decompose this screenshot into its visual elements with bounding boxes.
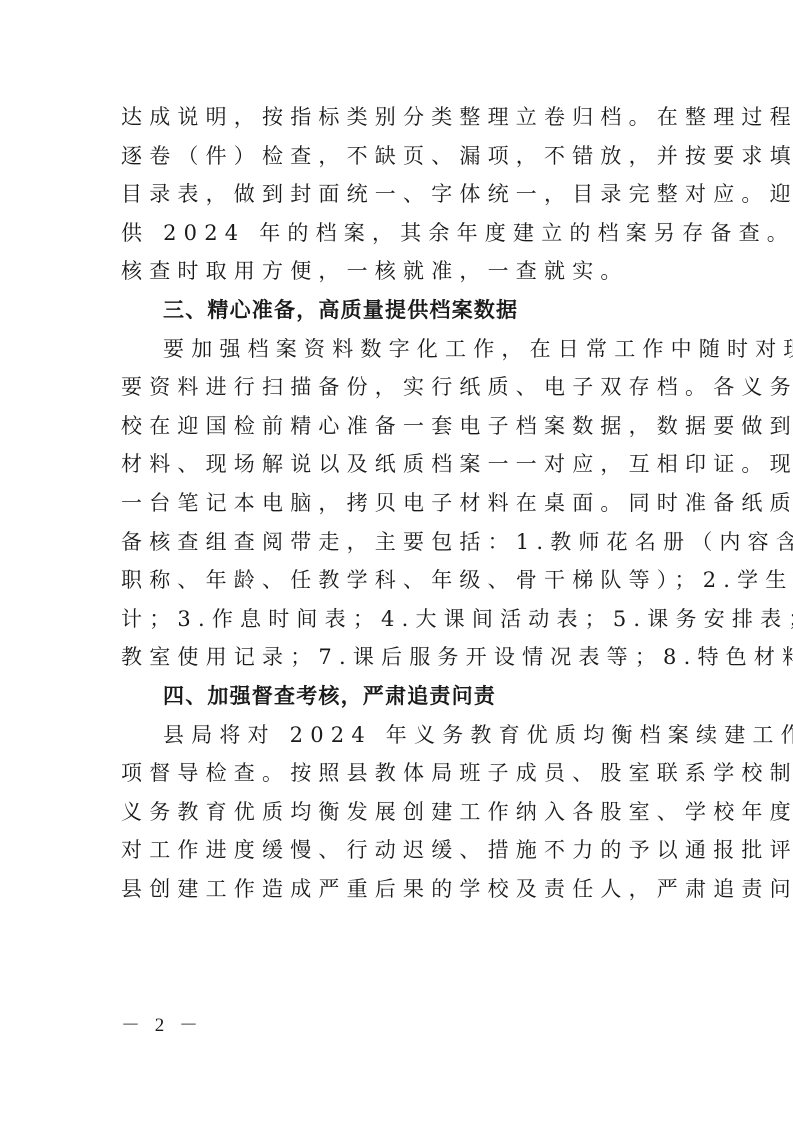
text-line: 职称、年龄、任教学科、年级、骨干梯队等）；2.学生人数统 (121, 561, 691, 600)
text-line: 供 2024 年的档案，其余年度建立的档案另存备查。确保实地 (121, 214, 691, 253)
text-line: 教室使用记录；7.课后服务开设情况表等；8.特色材料等。 (121, 638, 691, 677)
text-line: 项督导检查。按照县教体局班子成员、股室联系学校制度，将 (121, 754, 691, 793)
text-line: 备核查组查阅带走，主要包括：1.教师花名册（内容含学历、 (121, 523, 691, 562)
text-line: 义务教育优质均衡发展创建工作纳入各股室、学校年度考核， (121, 793, 691, 832)
text-line: 核查时取用方便，一核就准，一查就实。 (121, 252, 691, 291)
text-line: 目录表，做到封面统一、字体统一，目录完整对应。迎检时提 (121, 175, 691, 214)
page-number: － 2 － (121, 1010, 203, 1037)
section-heading-4: 四、加强督查考核，严肃追责问责 (121, 677, 691, 716)
text-line: 校在迎国检前精心准备一套电子档案数据，数据要做到与汇报 (121, 407, 691, 446)
section-heading-3: 三、精心准备，高质量提供档案数据 (121, 291, 691, 330)
document-page: 达成说明，按指标类别分类整理立卷归档。在整理过程中，要 逐卷（件）检查，不缺页、… (121, 98, 691, 908)
text-line: 一台笔记本电脑，拷贝电子材料在桌面。同时准备纸质材料以 (121, 484, 691, 523)
text-line: 计；3.作息时间表；4.大课间活动表；5.课务安排表；6.专用 (121, 600, 691, 639)
paragraph-start: 县局将对 2024 年义务教育优质均衡档案续建工作开展专 (121, 716, 691, 755)
paragraph-start: 要加强档案资料数字化工作，在日常工作中随时对现有重 (121, 330, 691, 369)
text-line: 对工作进度缓慢、行动迟缓、措施不力的予以通报批评，对全 (121, 831, 691, 870)
text-line: 材料、现场解说以及纸质档案一一对应，互相印证。现场准备 (121, 445, 691, 484)
text-line: 要资料进行扫描备份，实行纸质、电子双存档。各义务教育学 (121, 368, 691, 407)
text-line: 县创建工作造成严重后果的学校及责任人，严肃追责问责。 (121, 870, 691, 909)
text-line: 逐卷（件）检查，不缺页、漏项，不错放，并按要求填写归档 (121, 137, 691, 176)
text-line: 达成说明，按指标类别分类整理立卷归档。在整理过程中，要 (121, 98, 691, 137)
